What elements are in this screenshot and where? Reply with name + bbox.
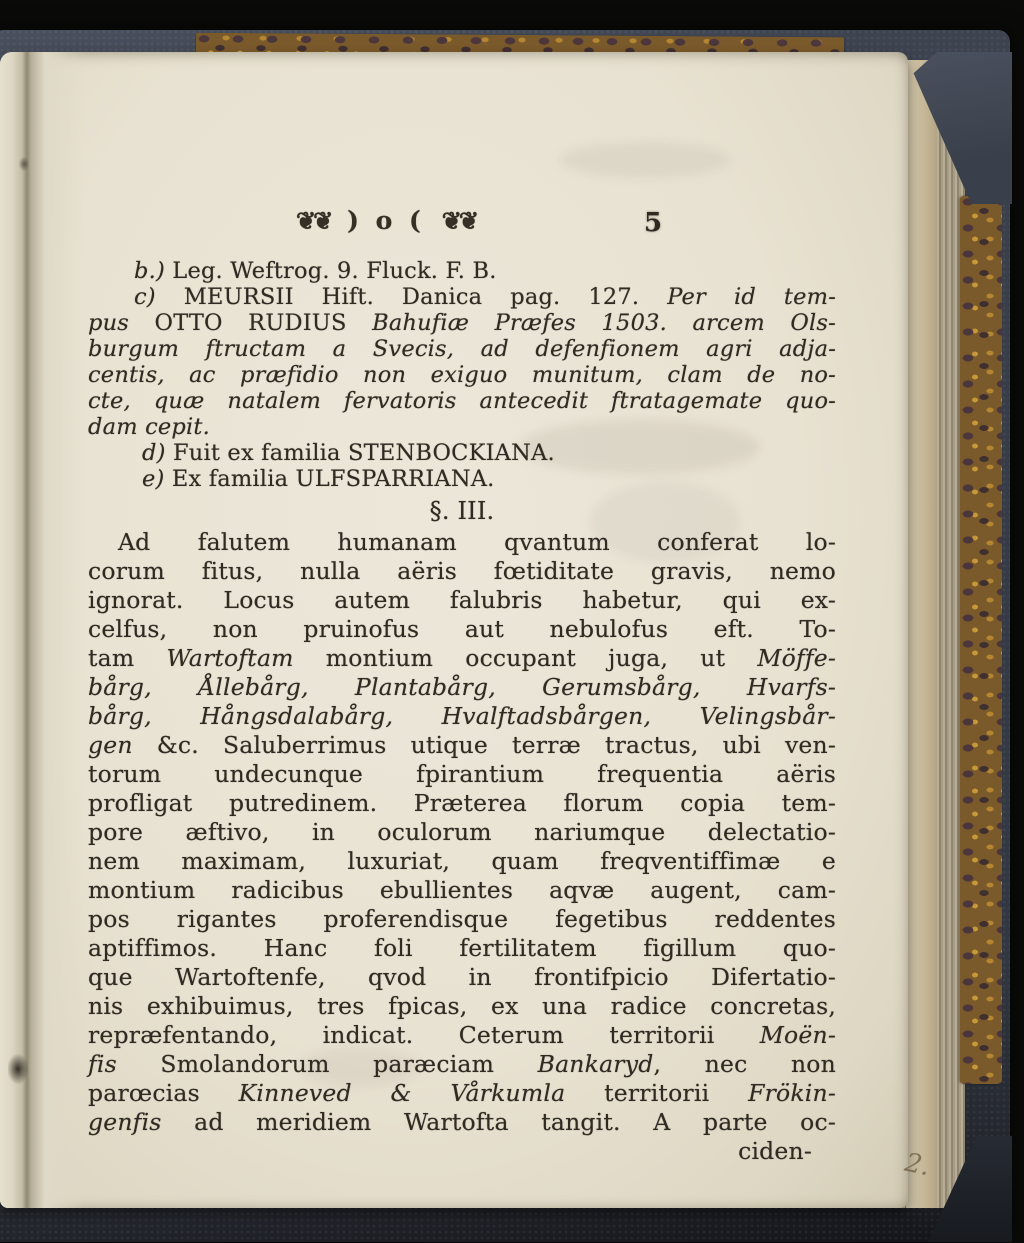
body-line: repræfentando, indicat. Ceterum territor… — [88, 1021, 836, 1050]
page-edge-tan-strip — [907, 60, 937, 1208]
text-lines: b.) Leg. Weftrog. 9. Fluck. F. B.c) MEUR… — [88, 258, 836, 1166]
body-line: montium radicibus ebullientes aqvæ augen… — [88, 876, 836, 905]
body-line: parœcias Kinneved & Vårkumla territorii … — [88, 1079, 836, 1108]
header-separator: ) o ( — [347, 206, 425, 235]
body-line: fis Smolandorum paræciam Bankaryd, nec n… — [88, 1050, 836, 1079]
body-line: aptiffimos. Hanc foli fertilitatem figil… — [88, 934, 836, 963]
section-heading: §. III. — [88, 496, 836, 526]
body-line: tam Wartoftam montium occupant juga, ut … — [88, 644, 836, 673]
body-line: gen &c. Saluberrimus utique terræ tractu… — [88, 731, 836, 760]
footnote-line: burgum ftructam a Svecis, ad defenfionem… — [88, 336, 836, 362]
book-page: ❦❦ ) o ( ❦❦ 5 b.) Leg. Weftrog. 9. Fluck… — [0, 52, 908, 1208]
header-ornament-group: ❦❦ ) o ( ❦❦ — [296, 206, 476, 235]
body-line: torum undecunque fpirantium frequentia a… — [88, 760, 836, 789]
gutter-crease — [0, 52, 90, 1208]
body-line: genfis ad meridiem Wartofta tangit. A pa… — [88, 1108, 836, 1137]
body-line: pos rigantes proferendisque fegetibus re… — [88, 905, 836, 934]
body-line: profligat putredinem. Præterea florum co… — [88, 789, 836, 818]
body-line: pore æftivo, in oculorum nariumque delec… — [88, 818, 836, 847]
fleuron-ornament-icon: ❦❦ — [442, 206, 476, 235]
ink-blot — [8, 1052, 30, 1086]
marbled-cover-right — [960, 196, 1002, 1084]
body-line: bårg, Hångsdalabårg, Hvalftadsbårgen, Ve… — [88, 702, 836, 731]
printed-text-block: ❦❦ ) o ( ❦❦ 5 b.) Leg. Weftrog. 9. Fluck… — [88, 202, 836, 1166]
body-line: que Wartoftenfe, qvod in frontifpicio Di… — [88, 963, 836, 992]
body-line: ignorat. Locus autem falubris habetur, q… — [88, 586, 836, 615]
catchword: ciden- — [88, 1137, 836, 1166]
footnote-line: cte, quæ natalem fervatoris antecedit ft… — [88, 388, 836, 414]
book-photograph: ❦❦ ) o ( ❦❦ 5 b.) Leg. Weftrog. 9. Fluck… — [0, 0, 1024, 1243]
footnote-e: e) Ex familia ULFSPARRIANA. — [88, 466, 836, 492]
footnote-d: d) Fuit ex familia STENBOCKIANA. — [88, 440, 836, 466]
sewing-nick — [18, 156, 30, 172]
body-line: nem maximam, luxuriat, quam freqventiffi… — [88, 847, 836, 876]
body-line: Ad falutem humanam qvantum conferat lo- — [88, 528, 836, 557]
footnote-line: pus OTTO RUDIUS Bahufiæ Præfes 1503. arc… — [88, 310, 836, 336]
fleuron-ornament-icon: ❦❦ — [296, 206, 330, 235]
page-number: 5 — [644, 208, 662, 238]
footnote-c: c) MEURSII Hift. Danica pag. 127. Per id… — [88, 284, 836, 310]
footnote-line: dam cepit. — [88, 414, 836, 440]
body-line: celfus, non pruinofus aut nebulofus eft.… — [88, 615, 836, 644]
body-line: corum fitus, nulla aëris fœtiditate grav… — [88, 557, 836, 586]
page-smudge — [560, 142, 730, 178]
page-header: ❦❦ ) o ( ❦❦ 5 — [88, 202, 836, 250]
footnote-b: b.) Leg. Weftrog. 9. Fluck. F. B. — [88, 258, 836, 284]
footnote-line: centis, ac præfidio non exiguo munitum, … — [88, 362, 836, 388]
body-line: nis exhibuimus, tres fpicas, ex una radi… — [88, 992, 836, 1021]
body-line: bårg, Ållebårg, Plantabårg, Gerumsbårg, … — [88, 673, 836, 702]
